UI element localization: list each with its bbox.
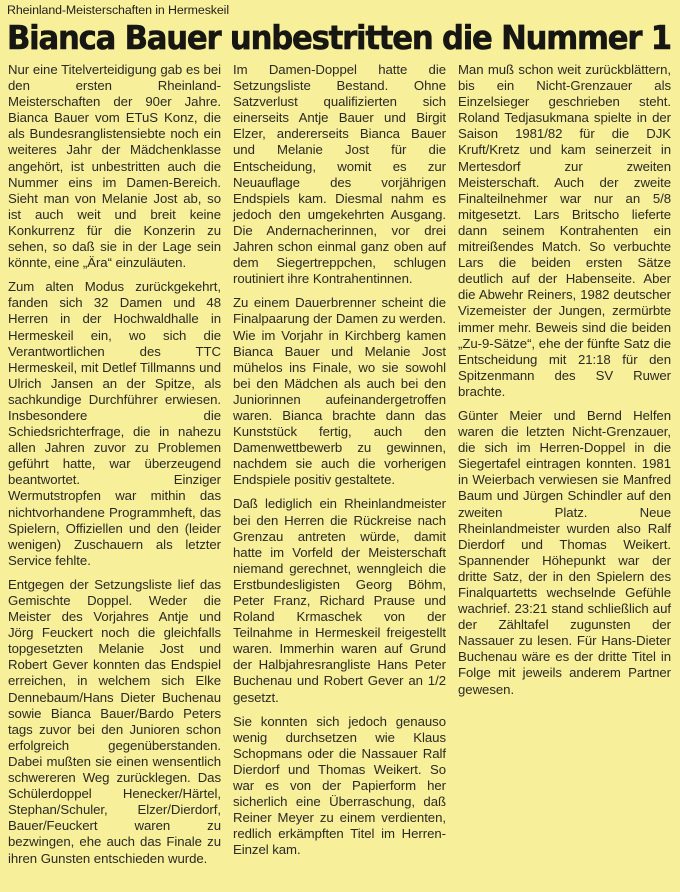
paragraph: Zu einem Dauerbrenner scheint die Finalp… — [233, 295, 446, 488]
paragraph: Daß lediglich ein Rheinlandmeister bei d… — [233, 496, 446, 705]
paragraph: Sie konnten sich jedoch genauso wenig du… — [233, 714, 446, 859]
article-kicker: Rheinland-Meisterschaften in Hermeskeil — [7, 3, 674, 18]
paragraph: Zum alten Modus zurückgekehrt, fanden si… — [8, 279, 221, 569]
article-columns: Nur eine Titelverteidigung gab es bei de… — [8, 62, 674, 875]
paragraph: Im Damen-Doppel hatte die Setzungsliste … — [233, 62, 446, 287]
paragraph: Nur eine Titelverteidigung gab es bei de… — [8, 62, 221, 271]
column-2: Im Damen-Doppel hatte die Setzungsliste … — [233, 62, 446, 875]
article-headline: Bianca Bauer unbestritten die Nummer 1 — [7, 18, 627, 58]
column-3: Man muß schon weit zurückblättern, bis e… — [458, 62, 671, 875]
paragraph: Günter Meier und Bernd Helfen waren die … — [458, 408, 671, 698]
paragraph: Man muß schon weit zurückblättern, bis e… — [458, 62, 671, 400]
paragraph: Entgegen der Setzungsliste lief das Gemi… — [8, 577, 221, 867]
column-1: Nur eine Titelverteidigung gab es bei de… — [8, 62, 221, 875]
article-page: Rheinland-Meisterschaften in Hermeskeil … — [0, 0, 680, 892]
